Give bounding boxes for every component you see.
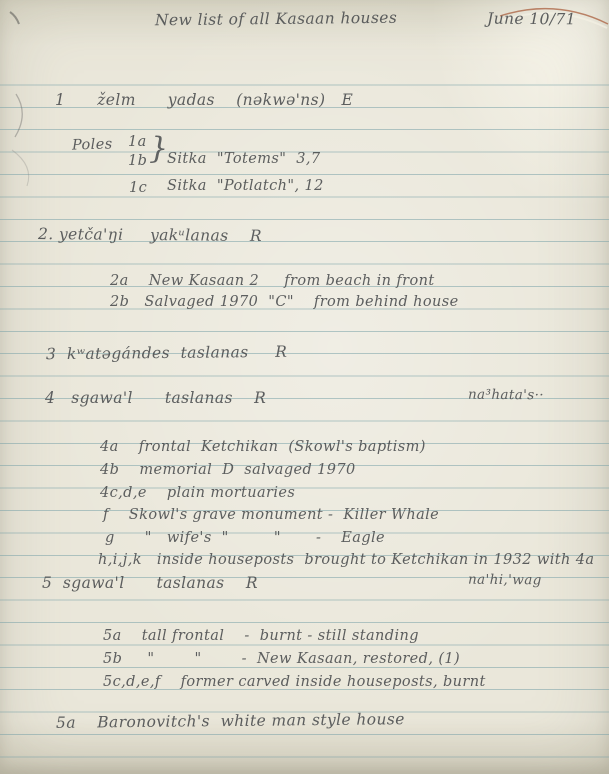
list-item-4g: g " wife's " " - Eagle [105,529,385,547]
list-item-1: 1 želm yadas (nәkwә'ns) E [55,91,353,109]
list-item-4b: 4b memorial D salvaged 1970 [100,461,356,479]
list-item-2: 2. yetča'ŋi yakᵘlanas R [38,225,262,245]
date: June 10/71 [487,10,576,29]
poles-label: Poles [72,135,113,154]
page-title: New list of all Kasaan houses [155,9,397,30]
list-item-5: 5 sgawa'l taslanas R [42,574,258,592]
list-item-4: 4 sgawa'l taslanas R [45,389,266,407]
list-item-4-note: na³hata's·· [468,386,544,405]
list-item-4cde: 4c,d,e plain mortuaries [100,484,295,502]
list-item-4a: 4a frontal Ketchikan (Skowl's baptism) [100,438,426,456]
list-item-4f: f Skowl's grave monument - Killer Whale [103,506,439,524]
poles-1a: 1a [128,133,147,151]
list-item-2b: 2b Salvaged 1970 "C" from behind house [110,293,459,311]
list-item-6: 5a Baronovitch's white man style house [56,710,405,732]
list-item-5-note: na'hi,'wag [468,571,542,590]
list-item-5a: 5a tall frontal - burnt - still standing [103,627,419,645]
list-item-5b: 5b " " - New Kasaan, restored, (1) [103,650,460,668]
poles-brace: } [149,132,168,166]
poles-1b: 1b [128,152,147,170]
list-item-2a: 2a New Kasaan 2 from beach in front [110,272,435,290]
poles-1c: 1c [129,179,147,197]
list-item-3: 3 kʷatәgándes taslanas R [46,343,287,364]
list-item-5cdef: 5c,d,e,f former carved inside houseposts… [103,673,486,691]
poles-totems: Sitka "Totems" 3,7 [167,150,321,168]
list-item-4hijk: h,i,j,k inside houseposts brought to Ket… [98,551,594,569]
poles-potlatch: Sitka "Potlatch", 12 [167,177,324,195]
